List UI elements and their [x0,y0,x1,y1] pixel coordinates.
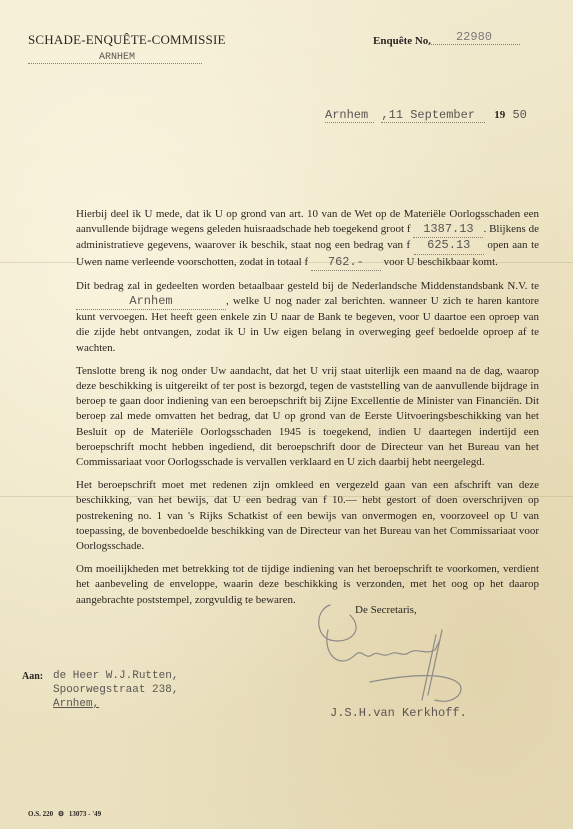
form-code: O.S. 220 [28,810,53,818]
text: voor U beschikbaar komt. [384,256,498,268]
recipient-address: de Heer W.J.Rutten, Spoorwegstraat 238, … [53,669,178,711]
total-amount: 762.- [311,255,381,271]
award-amount: 1387.13 [413,222,483,238]
recipient-name: de Heer W.J.Rutten, [53,669,178,683]
paragraph-award: Hierbij deel ik U mede, dat ik U op gron… [76,207,539,271]
text: Dit bedrag zal in gedeelten worden betaa… [76,280,539,292]
paragraph-appeal: Tenslotte breng ik nog onder Uw aandacht… [76,364,539,470]
commission-title: SCHADE-ENQUÊTE-COMMISSIE [28,32,226,48]
date-place: Arnhem [325,108,374,123]
signatory-name: J.S.H.van Kerkhoff. [330,706,467,720]
bank-city: Arnhem [76,294,226,310]
printer-crest-icon: ⚙ [58,810,64,818]
enquete-label: Enquête No. [373,35,431,47]
date-day-month: ,11 September [381,108,485,123]
date-century: 19 [494,109,505,121]
letter-date: Arnhem ,11 September 19 50 [325,108,527,122]
form-footer: O.S. 220 ⚙ 13073 - '49 [28,810,101,818]
paragraph-appeal-requirements: Het beroepschrift moet met redenen zijn … [76,478,539,554]
handwritten-signature [310,600,470,710]
recipient-street: Spoorwegstraat 238, [53,683,178,697]
recipient-city: Arnhem, [53,697,178,711]
paragraph-payment: Dit bedrag zal in gedeelten worden betaa… [76,279,539,356]
recipient-label: Aan: [22,671,43,682]
office-city: ARNHEM [28,52,202,64]
print-code: 13073 - '49 [69,810,101,818]
date-year: 50 [512,108,526,122]
advance-amount: 625.13 [414,238,484,254]
letter-body: Hierbij deel ik U mede, dat ik U op gron… [76,207,539,616]
letter-page: SCHADE-ENQUÊTE-COMMISSIE Enquête No. 229… [0,0,573,829]
enquete-number: 22980 [428,30,520,45]
